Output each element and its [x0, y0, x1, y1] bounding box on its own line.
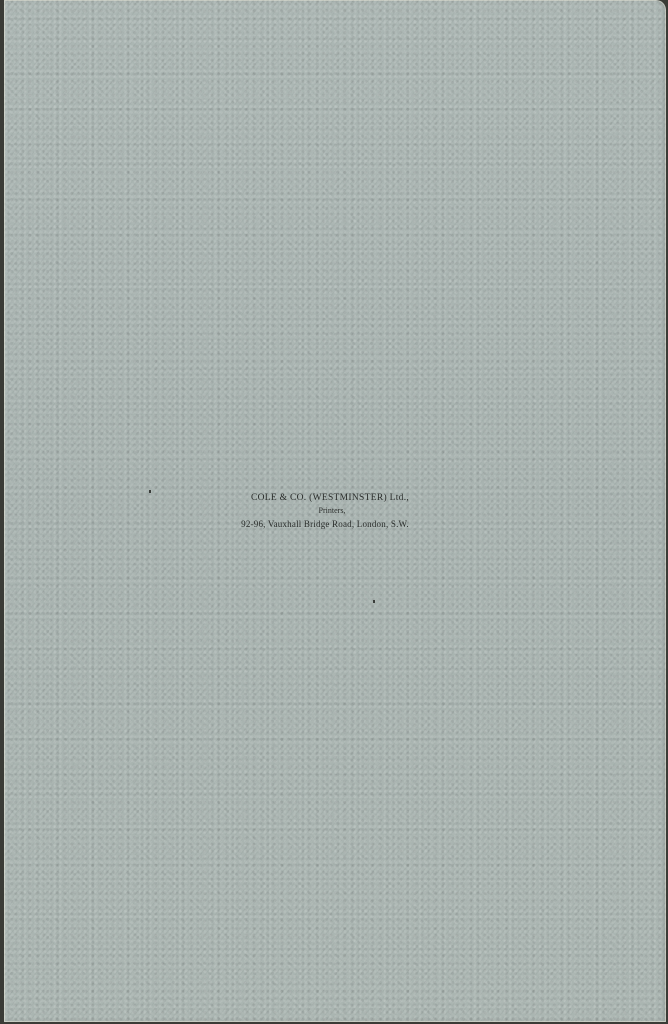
- printer-company-name: COLE & CO. (WESTMINSTER) Ltd.,: [0, 491, 666, 505]
- back-cover: COLE & CO. (WESTMINSTER) Ltd., Printers,…: [4, 0, 666, 1022]
- scanned-page: COLE & CO. (WESTMINSTER) Ltd., Printers,…: [0, 0, 668, 1024]
- printer-imprint: COLE & CO. (WESTMINSTER) Ltd., Printers,…: [4, 491, 666, 531]
- printer-role: Printers,: [0, 505, 666, 517]
- printer-address: 92-96, Vauxhall Bridge Road, London, S.W…: [0, 517, 666, 531]
- paper-speck: [373, 600, 375, 603]
